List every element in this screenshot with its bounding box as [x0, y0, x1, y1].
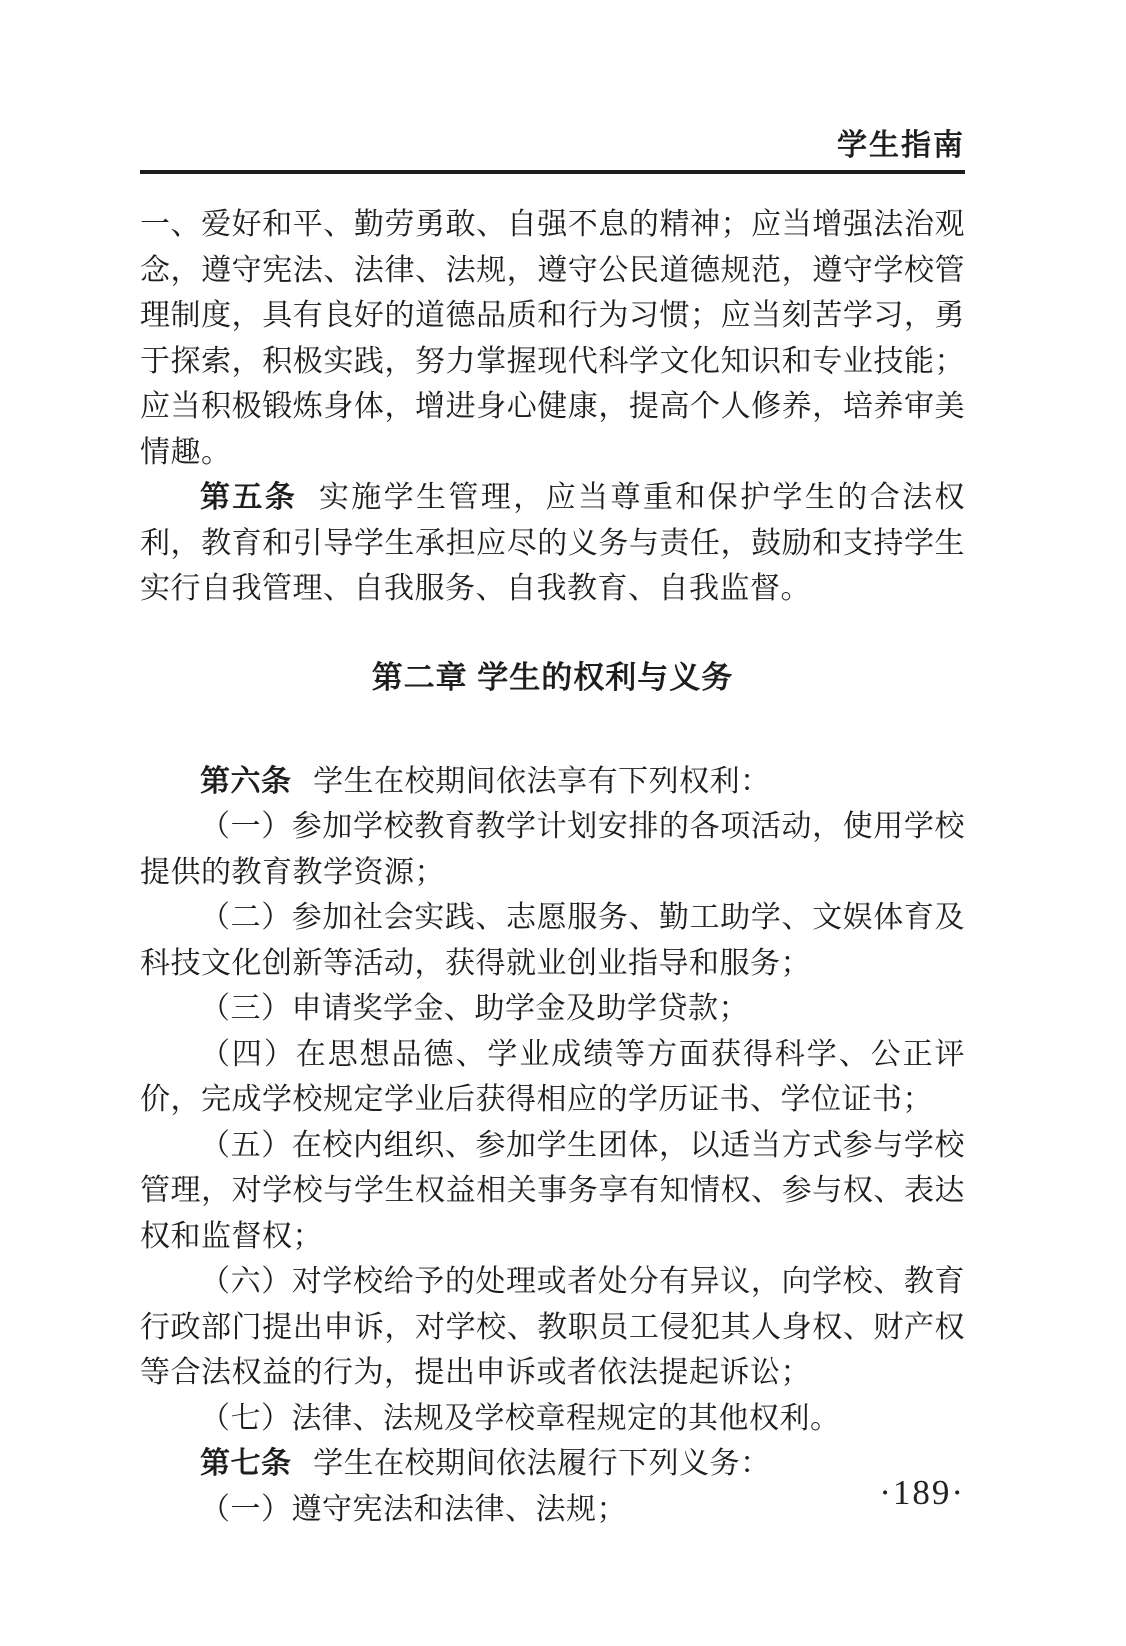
- article-6-item-1: （一）参加学校教育教学计划安排的各项活动，使用学校提供的教育教学资源；: [140, 804, 965, 895]
- article-7-paragraph: 第七条学生在校期间依法履行下列义务：: [140, 1441, 965, 1487]
- article-7-label: 第七条: [200, 1447, 292, 1480]
- article-6-item-5: （五）在校内组织、参加学生团体，以适当方式参与学校管理，对学校与学生权益相关事务…: [140, 1123, 965, 1260]
- article-6-label: 第六条: [200, 765, 292, 798]
- article-7-text: 学生在校期间依法履行下列义务：: [313, 1447, 771, 1480]
- document-body: 一、爱好和平、勤劳勇敢、自强不息的精神；应当增强法治观念，遵守宪法、法律、法规，…: [140, 202, 965, 1532]
- document-page: 学生指南 一、爱好和平、勤劳勇敢、自强不息的精神；应当增强法治观念，遵守宪法、法…: [0, 0, 1126, 1646]
- page-number: ·189·: [879, 1474, 965, 1512]
- running-header: 学生指南: [140, 0, 965, 163]
- header-rule: [140, 170, 965, 174]
- article-5-paragraph: 第五条实施学生管理，应当尊重和保护学生的合法权利，教育和引导学生承担应尽的义务与…: [140, 475, 965, 612]
- article-6-item-2: （二）参加社会实践、志愿服务、勤工助学、文娱体育及科技文化创新等活动，获得就业创…: [140, 895, 965, 986]
- article-6-item-7: （七）法律、法规及学校章程规定的其他权利。: [140, 1396, 965, 1442]
- chapter-heading: 第二章 学生的权利与义务: [140, 661, 965, 695]
- article-5-label: 第五条: [200, 481, 297, 514]
- article-6-item-6: （六）对学校给予的处理或者处分有异议，向学校、教育行政部门提出申诉，对学校、教职…: [140, 1259, 965, 1396]
- header-title: 学生指南: [837, 129, 965, 162]
- article-6-paragraph: 第六条学生在校期间依法享有下列权利：: [140, 759, 965, 805]
- text-column: 学生指南 一、爱好和平、勤劳勇敢、自强不息的精神；应当增强法治观念，遵守宪法、法…: [140, 0, 965, 1532]
- article-7-item-1: （一）遵守宪法和法律、法规；: [140, 1487, 965, 1533]
- article-6-item-3: （三）申请奖学金、助学金及助学贷款；: [140, 986, 965, 1032]
- article-6-text: 学生在校期间依法享有下列权利：: [313, 765, 771, 798]
- article-6-item-4: （四）在思想品德、学业成绩等方面获得科学、公正评价，完成学校规定学业后获得相应的…: [140, 1032, 965, 1123]
- continuation-paragraph: 一、爱好和平、勤劳勇敢、自强不息的精神；应当增强法治观念，遵守宪法、法律、法规，…: [140, 202, 965, 475]
